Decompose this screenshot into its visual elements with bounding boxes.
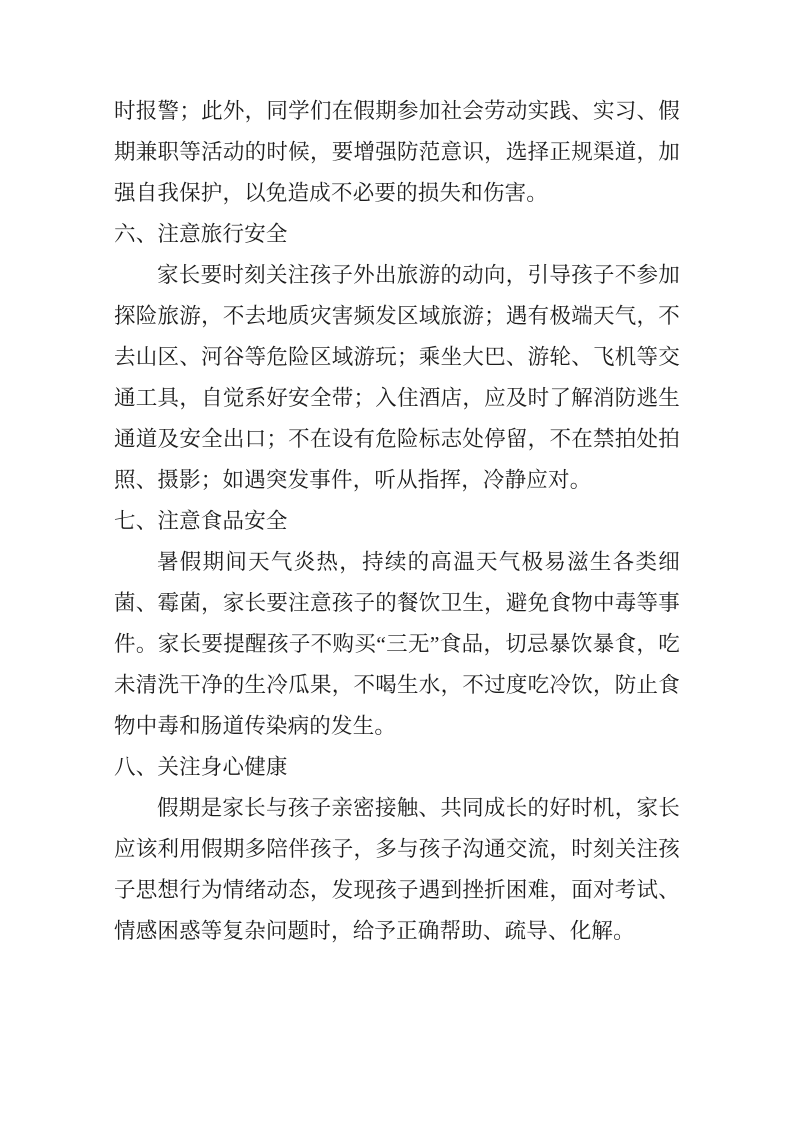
paragraph-continuation-safety-practice: 时报警；此外，同学们在假期参加社会劳动实践、实习、假期兼职等活动的时候，要增强防…	[114, 91, 680, 214]
paragraph-food-safety: 暑假期间天气炎热，持续的高温天气极易滋生各类细菌、霉菌，家长要注意孩子的餐饮卫生…	[114, 542, 680, 747]
paragraph-mental-health: 假期是家长与孩子亲密接触、共同成长的好时机，家长应该利用假期多陪伴孩子，多与孩子…	[114, 788, 680, 952]
section-heading-mental-health: 八、关注身心健康	[114, 747, 680, 788]
document-page: 时报警；此外，同学们在假期参加社会劳动实践、实习、假期兼职等活动的时候，要增强防…	[0, 0, 793, 1122]
section-heading-travel-safety: 六、注意旅行安全	[114, 214, 680, 255]
paragraph-travel-safety: 家长要时刻关注孩子外出旅游的动向，引导孩子不参加探险旅游，不去地质灾害频发区域旅…	[114, 255, 680, 501]
document-content: 时报警；此外，同学们在假期参加社会劳动实践、实习、假期兼职等活动的时候，要增强防…	[114, 91, 680, 952]
section-heading-food-safety: 七、注意食品安全	[114, 501, 680, 542]
